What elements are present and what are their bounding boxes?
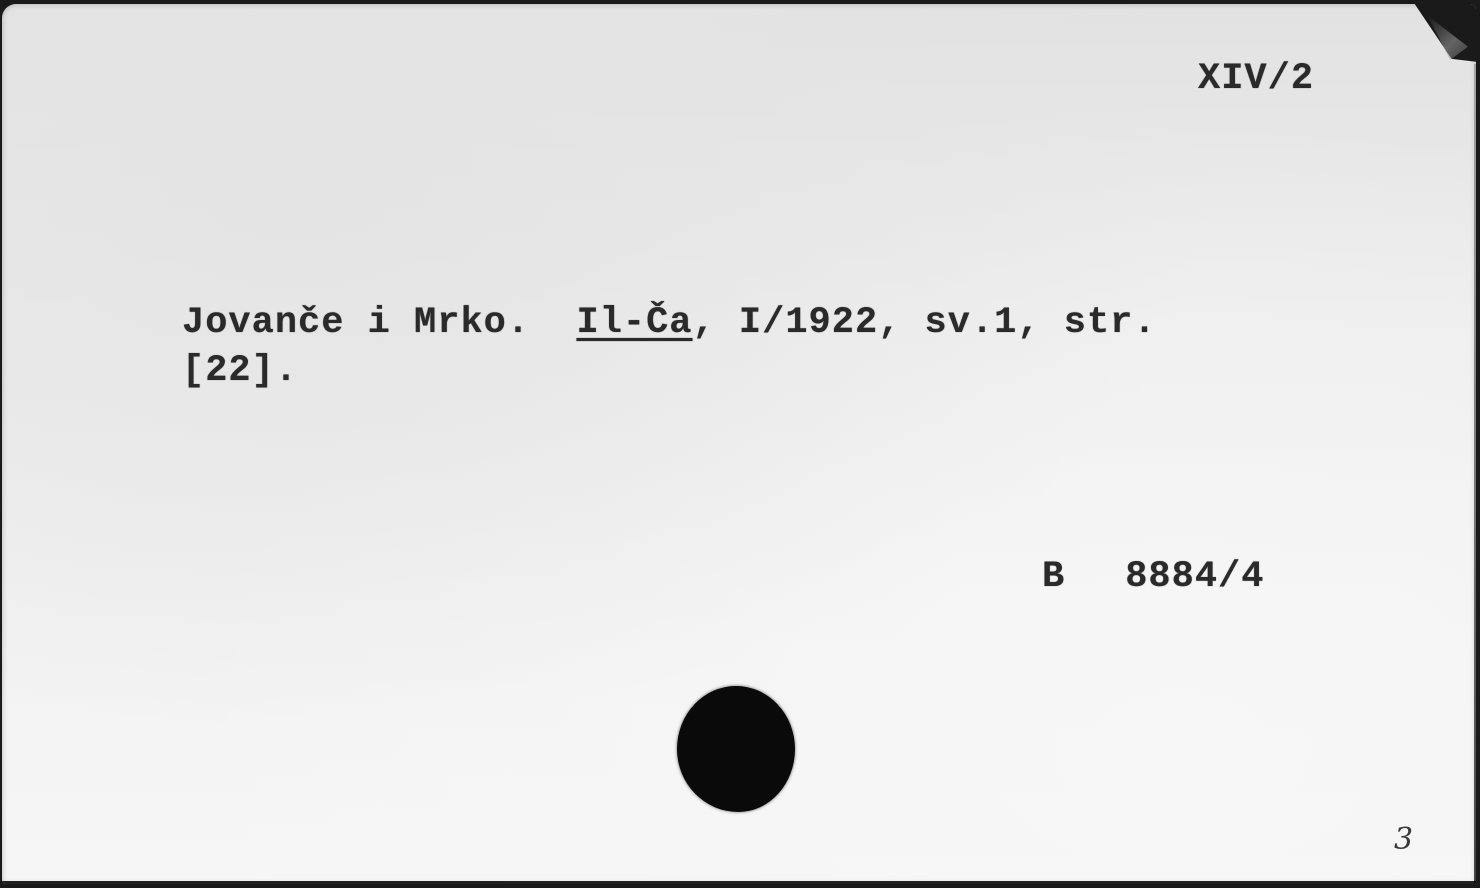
entry-title: Jovanče i Mrko. — [182, 302, 530, 344]
source-details: , I/1922, sv.1, str. — [693, 302, 1157, 344]
shelf-mark-number: 8884/4 — [1125, 556, 1264, 598]
shelf-mark-prefix: B — [1042, 556, 1065, 598]
entry-line-1: Jovanče i Mrko. Il-Ča, I/1922, sv.1, str… — [182, 302, 1157, 344]
catalog-card: XIV/2 Jovanče i Mrko. Il-Ča, I/1922, sv.… — [2, 4, 1476, 884]
card-right-edge — [1474, 64, 1476, 884]
shelf-mark: B8884/4 — [1042, 556, 1264, 598]
card-bottom-edge — [2, 881, 1476, 884]
call-number: XIV/2 — [1198, 58, 1314, 100]
source-abbreviation: Il-Ča — [576, 302, 692, 344]
page-reference: [22]. — [182, 350, 298, 392]
handwritten-note: 3 — [1394, 822, 1413, 857]
punch-hole-icon — [677, 686, 795, 812]
